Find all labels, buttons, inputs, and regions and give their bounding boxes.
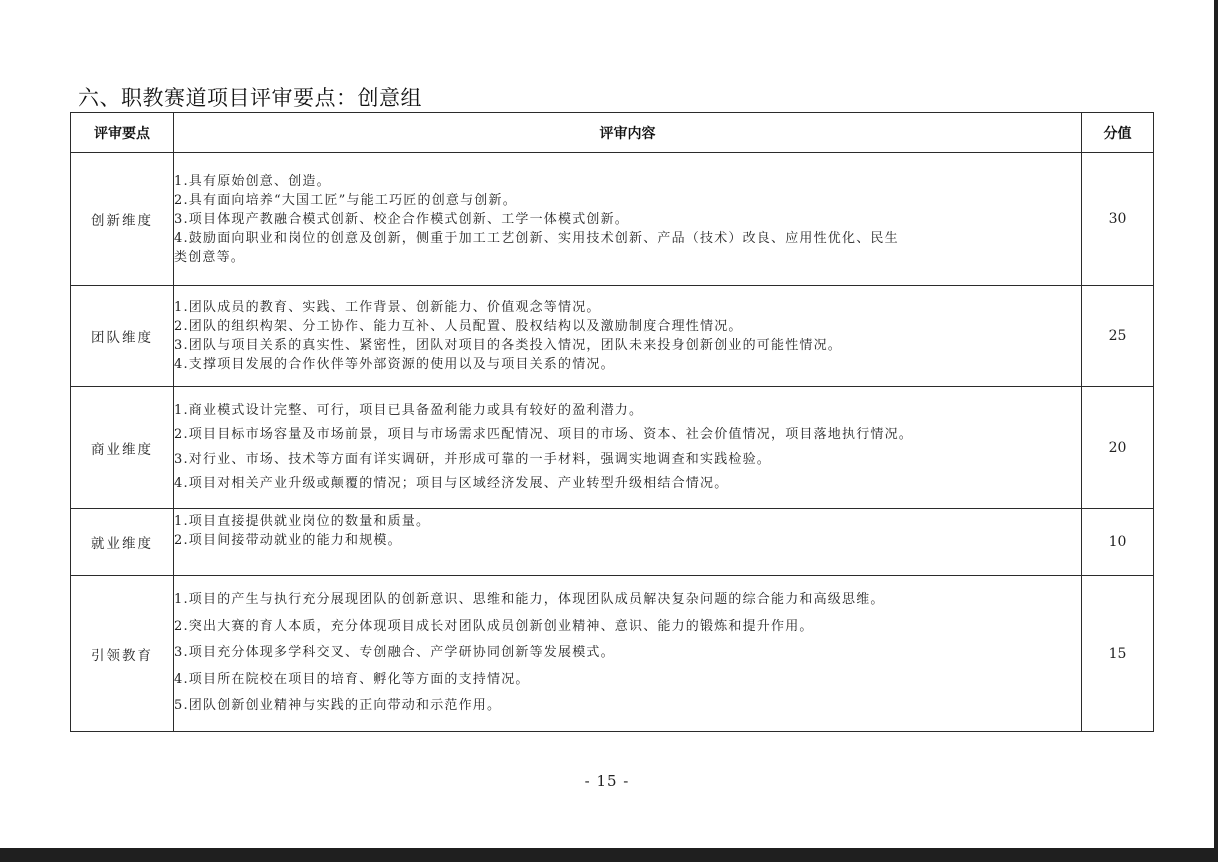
score-cell: 30: [1082, 153, 1154, 286]
header-content: 评审内容: [174, 113, 1082, 153]
content-cell: 1.团队成员的教育、实践、工作背景、创新能力、价值观念等情况。 2.团队的组织构…: [174, 286, 1082, 387]
header-score: 分值: [1082, 113, 1154, 153]
review-criteria-table: 评审要点 评审内容 分值 创新维度 1.具有原始创意、创造。 2.具有面向培养“…: [70, 112, 1154, 732]
criteria-line: 2.突出大赛的育人本质，充分体现项目成长对团队成员创新创业精神、意识、能力的锻炼…: [174, 614, 1081, 641]
criteria-line: 1.团队成员的教育、实践、工作背景、创新能力、价值观念等情况。: [174, 298, 1081, 317]
criteria-line: 4.项目所在院校在项目的培育、孵化等方面的支持情况。: [174, 667, 1081, 694]
criteria-line: 3.项目体现产教融合模式创新、校企合作模式创新、工学一体模式创新。: [174, 210, 1081, 229]
content-cell: 1.项目的产生与执行充分展现团队的创新意识、思维和能力，体现团队成员解决复杂问题…: [174, 576, 1082, 732]
criteria-line: 类创意等。: [174, 248, 1081, 267]
criteria-line: 4.鼓励面向职业和岗位的创意及创新，侧重于加工工艺创新、实用技术创新、产品（技术…: [174, 229, 1081, 248]
score-cell: 10: [1082, 509, 1154, 576]
header-criteria: 评审要点: [71, 113, 174, 153]
dimension-cell: 团队维度: [71, 286, 174, 387]
criteria-line: 2.具有面向培养“大国工匠”与能工巧匠的创意与创新。: [174, 191, 1081, 210]
criteria-line: 3.对行业、市场、技术等方面有详实调研，并形成可靠的一手材料，强调实地调查和实践…: [174, 448, 1081, 473]
criteria-line: 1.商业模式设计完整、可行，项目已具备盈利能力或具有较好的盈利潜力。: [174, 399, 1081, 424]
criteria-line: 5.团队创新创业精神与实践的正向带动和示范作用。: [174, 693, 1081, 720]
criteria-line: 1.项目直接提供就业岗位的数量和质量。: [174, 512, 1081, 531]
dimension-cell: 引领教育: [71, 576, 174, 732]
criteria-line: 3.项目充分体现多学科交叉、专创融合、产学研协同创新等发展模式。: [174, 640, 1081, 667]
content-cell: 1.商业模式设计完整、可行，项目已具备盈利能力或具有较好的盈利潜力。 2.项目目…: [174, 387, 1082, 509]
document-page: 六、职教赛道项目评审要点：创意组 评审要点 评审内容 分值 创新维度 1.具有原…: [0, 0, 1214, 848]
table-row-team: 团队维度 1.团队成员的教育、实践、工作背景、创新能力、价值观念等情况。 2.团…: [71, 286, 1154, 387]
criteria-line: 4.项目对相关产业升级或颠覆的情况；项目与区域经济发展、产业转型升级相结合情况。: [174, 472, 1081, 497]
page-number: - 15 -: [0, 772, 1214, 790]
criteria-line: 2.团队的组织构架、分工协作、能力互补、人员配置、股权结构以及激励制度合理性情况…: [174, 317, 1081, 336]
score-cell: 25: [1082, 286, 1154, 387]
criteria-line: 4.支撑项目发展的合作伙伴等外部资源的使用以及与项目关系的情况。: [174, 355, 1081, 374]
table-row-education-leadership: 引领教育 1.项目的产生与执行充分展现团队的创新意识、思维和能力，体现团队成员解…: [71, 576, 1154, 732]
table-row-employment: 就业维度 1.项目直接提供就业岗位的数量和质量。 2.项目间接带动就业的能力和规…: [71, 509, 1154, 576]
content-cell: 1.项目直接提供就业岗位的数量和质量。 2.项目间接带动就业的能力和规模。: [174, 509, 1082, 576]
criteria-line: 1.具有原始创意、创造。: [174, 172, 1081, 191]
dimension-cell: 创新维度: [71, 153, 174, 286]
dimension-cell: 商业维度: [71, 387, 174, 509]
criteria-line: 2.项目目标市场容量及市场前景，项目与市场需求匹配情况、项目的市场、资本、社会价…: [174, 423, 1081, 448]
score-cell: 20: [1082, 387, 1154, 509]
table-header-row: 评审要点 评审内容 分值: [71, 113, 1154, 153]
dimension-cell: 就业维度: [71, 509, 174, 576]
score-cell: 15: [1082, 576, 1154, 732]
table-row-business: 商业维度 1.商业模式设计完整、可行，项目已具备盈利能力或具有较好的盈利潜力。 …: [71, 387, 1154, 509]
criteria-line: 3.团队与项目关系的真实性、紧密性，团队对项目的各类投入情况，团队未来投身创新创…: [174, 336, 1081, 355]
content-cell: 1.具有原始创意、创造。 2.具有面向培养“大国工匠”与能工巧匠的创意与创新。 …: [174, 153, 1082, 286]
criteria-line: 2.项目间接带动就业的能力和规模。: [174, 531, 1081, 550]
section-title: 六、职教赛道项目评审要点：创意组: [78, 82, 422, 112]
criteria-line: 1.项目的产生与执行充分展现团队的创新意识、思维和能力，体现团队成员解决复杂问题…: [174, 587, 1081, 614]
table-row-innovation: 创新维度 1.具有原始创意、创造。 2.具有面向培养“大国工匠”与能工巧匠的创意…: [71, 153, 1154, 286]
